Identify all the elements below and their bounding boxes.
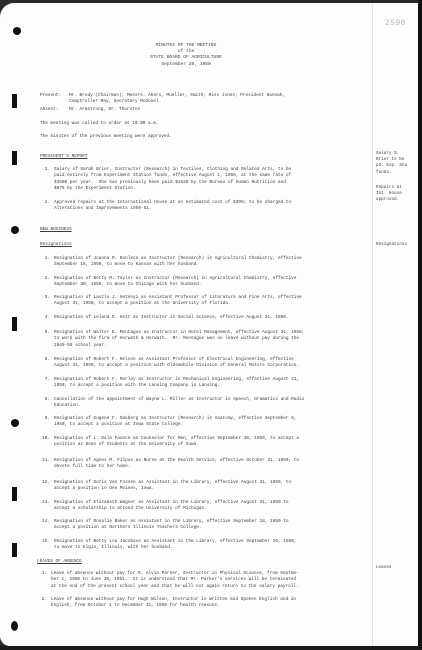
page-number: 2590	[385, 19, 406, 28]
resignation-item: 8.Cancellation of the appointment of Way…	[36, 397, 372, 410]
leave-item: 2.Leave of absence without pay for Hugh …	[33, 597, 369, 610]
punch-hole-middle	[11, 419, 19, 427]
resignation-item: 10.Resignation of L. Dale Faunce as Coun…	[36, 436, 372, 449]
punch-mark	[12, 543, 17, 557]
called-to-order: The meeting was called to order at 10:00…	[40, 121, 159, 127]
minutes-approved: The minutes of the previous meeting were…	[40, 134, 172, 140]
punch-mark	[12, 317, 17, 331]
punch-mark	[12, 487, 17, 501]
punch-mark	[12, 151, 17, 165]
present-list: Mr. Brody (Chairman); Messrs. Akers, Mue…	[69, 93, 285, 106]
scan-border-bottom	[0, 646, 422, 650]
resignation-item: 11.Resignation of Agnes M. Filpus as Nur…	[36, 458, 372, 471]
resignation-item: 7.Resignation of Robert F. Morley as Ins…	[36, 377, 372, 390]
punch-mark	[12, 94, 17, 108]
resignation-item: 6.Resignation of Robert F. Nelson as Ass…	[36, 357, 372, 370]
resignation-item: 9.Resignation of Eugene F. Oakberg as In…	[36, 416, 372, 429]
punch-hole-middle	[11, 226, 19, 234]
margin-rule	[372, 3, 373, 646]
resignation-item: 5.Resignation of Walter E. Montague as I…	[36, 330, 372, 349]
resignation-item: 2.Resignation of Betty M. Taylor as Inst…	[36, 276, 372, 289]
margin-note-leaves: Leaves	[376, 565, 418, 571]
section-heading-new-business: NEW BUSINESS	[40, 227, 72, 233]
leave-item: 1.Leave of absence without pay for R. Al…	[33, 571, 369, 590]
report-item: 1. Salary of Sarah Brier, Instructor (Re…	[36, 167, 372, 192]
document-title: MINUTES OF THE MEETING of the STATE BOAR…	[0, 43, 372, 68]
resignation-item: 13.Resignation of Elizabeth Wagner as As…	[36, 500, 372, 513]
document-page: 2590 MINUTES OF THE MEETING of the STATE…	[0, 3, 418, 646]
punch-hole-bottom	[11, 621, 18, 631]
section-heading-leaves-of-absence: LEAVES OF ABSENCE	[37, 559, 82, 565]
present-label: Present:	[40, 93, 61, 99]
resignation-item: 12.Resignation of Doris Van Fossen as As…	[36, 480, 372, 493]
absent-label: Absent:	[40, 107, 58, 113]
report-item: 2. Approved repairs at the International…	[36, 200, 372, 213]
resignation-item: 14.Resignation of Rosalie Baker as Assis…	[36, 519, 372, 532]
margin-note-repairs: Repairs at Int. House approved.	[376, 185, 418, 204]
margin-note-salary: Salary S. Brier to be pd. Exp. Sta funds…	[376, 151, 418, 176]
resignation-item: 3.Resignation of Laszlo J. Hetenyi as As…	[36, 295, 372, 308]
margin-note-resignations: Resignations	[376, 242, 418, 248]
subheading-resignations: Resignations	[40, 242, 72, 248]
absent-list: Mr. Armstrong, Dr. Thurston	[69, 107, 140, 113]
section-heading-presidents-report: PRESIDENT'S REPORT	[40, 154, 87, 160]
resignation-item: 15.Resignation of Betty Lou Jacobson as …	[36, 539, 372, 552]
resignation-item: 4.Resignation of Leland E. Hott as Instr…	[36, 315, 372, 321]
meeting-date: September 20, 1950	[0, 62, 372, 68]
punch-hole-top	[13, 27, 21, 35]
resignation-item: 1.Resignation of Joanna R. Bonlece as In…	[36, 256, 372, 269]
scan-border-right	[418, 0, 422, 650]
